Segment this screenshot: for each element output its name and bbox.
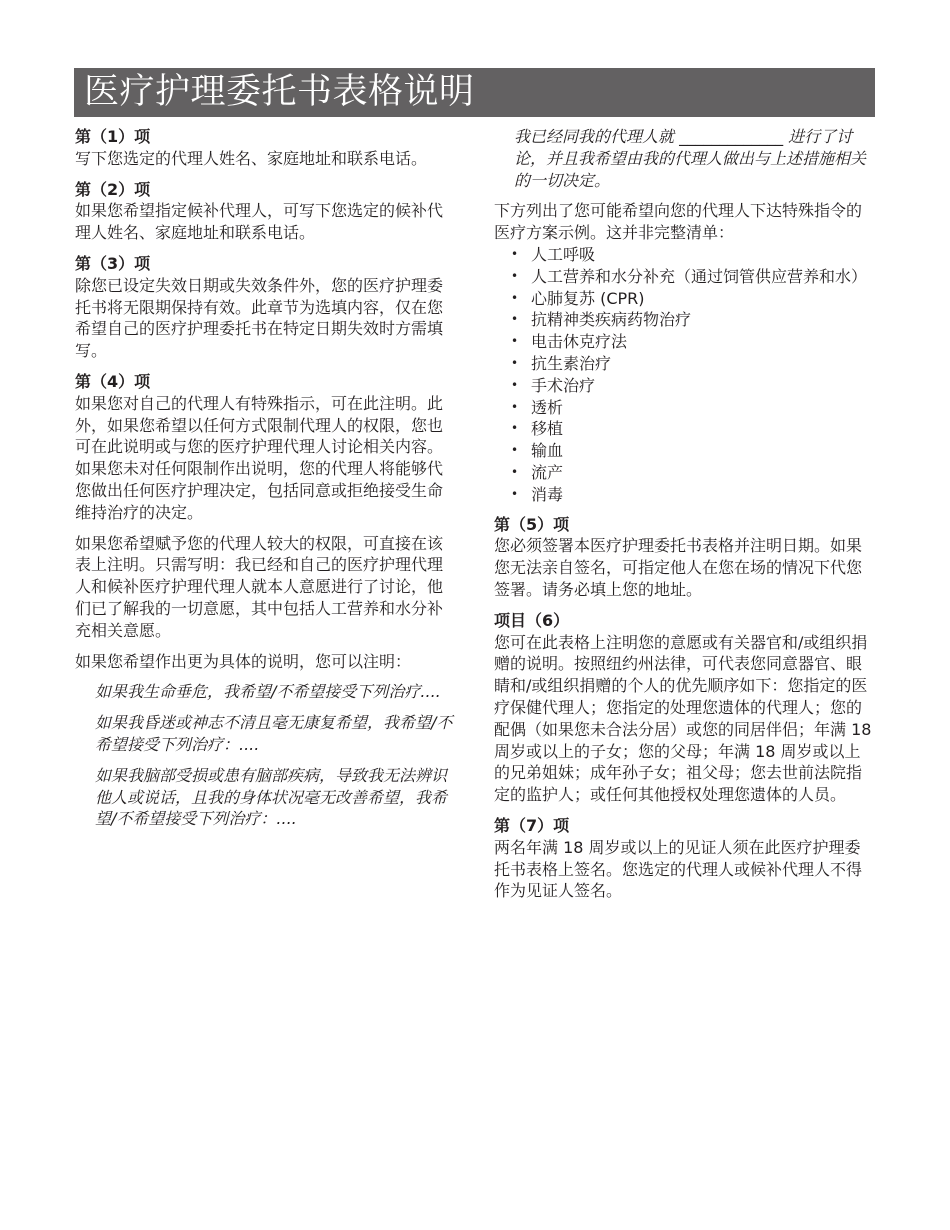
section-heading: 第（7）项 bbox=[494, 815, 874, 837]
list-item: 移植 bbox=[531, 418, 874, 440]
section-text: 两名年满 18 周岁或以上的见证人须在此医疗护理委托书表格上签名。您选定的代理人… bbox=[494, 837, 874, 902]
section-text: 如果您希望指定候补代理人，可写下您选定的候补代理人姓名、家庭地址和联系电话。 bbox=[75, 200, 455, 244]
section-item-1: 第（1）项 写下您选定的代理人姓名、家庭地址和联系电话。 bbox=[75, 126, 455, 170]
list-item: 人工营养和水分补充（通过饲管供应营养和水） bbox=[531, 266, 874, 288]
example-statement: 如果我脑部受损或患有脑部疾病，导致我无法辨识他人或说话，且我的身体状况毫无改善希… bbox=[75, 765, 455, 830]
section-text: 您可在此表格上注明您的意愿或有关器官和/或组织捐赠的说明。按照纽约州法律，可代表… bbox=[494, 632, 874, 806]
right-column: 我已经同我的代理人就 _____________ 进行了讨论，并且我希望由我的代… bbox=[494, 126, 874, 911]
list-item: 心肺复苏 (CPR) bbox=[531, 288, 874, 310]
section-item-6: 项目（6） 您可在此表格上注明您的意愿或有关器官和/或组织捐赠的说明。按照纽约州… bbox=[494, 610, 874, 806]
paragraph: 如果您希望赋予您的代理人较大的权限，可直接在该表上注明。只需写明：我已经和自己的… bbox=[75, 533, 455, 642]
list-item: 消毒 bbox=[531, 484, 874, 506]
section-heading: 第（5）项 bbox=[494, 514, 874, 536]
list-item: 输血 bbox=[531, 440, 874, 462]
example-statement: 我已经同我的代理人就 _____________ 进行了讨论，并且我希望由我的代… bbox=[494, 126, 874, 191]
list-intro: 下方列出了您可能希望向您的代理人下达特殊指令的医疗方案示例。这并非完整清单： bbox=[494, 200, 874, 244]
section-heading: 第（3）项 bbox=[75, 253, 455, 275]
section-heading: 第（2）项 bbox=[75, 179, 455, 201]
section-text: 如果您对自己的代理人有特殊指示，可在此注明。此外，如果您希望以任何方式限制代理人… bbox=[75, 393, 455, 524]
page-title: 医疗护理委托书表格说明 bbox=[74, 68, 875, 117]
example-statement: 如果我生命垂危，我希望/不希望接受下列治疗.... bbox=[75, 681, 455, 703]
list-item: 流产 bbox=[531, 462, 874, 484]
section-heading: 项目（6） bbox=[494, 610, 874, 632]
section-item-7: 第（7）项 两名年满 18 周岁或以上的见证人须在此医疗护理委托书表格上签名。您… bbox=[494, 815, 874, 902]
list-item: 抗生素治疗 bbox=[531, 353, 874, 375]
list-item: 电击休克疗法 bbox=[531, 331, 874, 353]
section-item-4: 第（4）项 如果您对自己的代理人有特殊指示，可在此注明。此外，如果您希望以任何方… bbox=[75, 371, 455, 830]
section-text: 除您已设定失效日期或失效条件外，您的医疗护理委托书将无限期保持有效。此章节为选填… bbox=[75, 275, 455, 362]
section-item-5: 第（5）项 您必须签署本医疗护理委托书表格并注明日期。如果您无法亲自签名，可指定… bbox=[494, 514, 874, 601]
section-item-2: 第（2）项 如果您希望指定候补代理人，可写下您选定的候补代理人姓名、家庭地址和联… bbox=[75, 179, 455, 244]
example-statement: 如果我昏迷或神志不清且毫无康复希望，我希望/不希望接受下列治疗：.... bbox=[75, 712, 455, 756]
section-heading: 第（1）项 bbox=[75, 126, 455, 148]
list-item: 抗精神类疾病药物治疗 bbox=[531, 309, 874, 331]
section-text: 您必须签署本医疗护理委托书表格并注明日期。如果您无法亲自签名，可指定他人在您在场… bbox=[494, 535, 874, 600]
paragraph: 如果您希望作出更为具体的说明，您可以注明： bbox=[75, 651, 455, 673]
section-heading: 第（4）项 bbox=[75, 371, 455, 393]
section-text: 写下您选定的代理人姓名、家庭地址和联系电话。 bbox=[75, 148, 455, 170]
list-item: 透析 bbox=[531, 397, 874, 419]
treatment-list: 人工呼吸 人工营养和水分补充（通过饲管供应营养和水） 心肺复苏 (CPR) 抗精… bbox=[494, 244, 874, 506]
list-item: 手术治疗 bbox=[531, 375, 874, 397]
left-column: 第（1）项 写下您选定的代理人姓名、家庭地址和联系电话。 第（2）项 如果您希望… bbox=[75, 126, 455, 839]
list-item: 人工呼吸 bbox=[531, 244, 874, 266]
section-item-3: 第（3）项 除您已设定失效日期或失效条件外，您的医疗护理委托书将无限期保持有效。… bbox=[75, 253, 455, 362]
